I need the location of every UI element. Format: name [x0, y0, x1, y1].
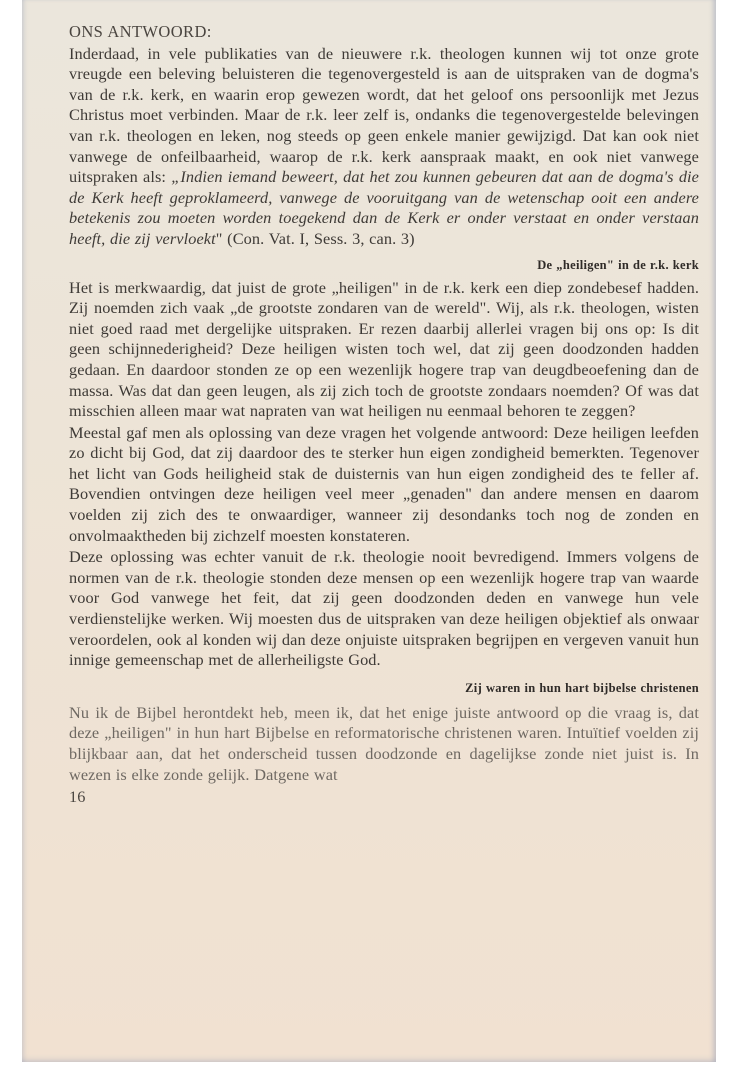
book-page: ONS ANTWOORD: Inderdaad, in vele publika…: [22, 0, 716, 1062]
page-text: ONS ANTWOORD: Inderdaad, in vele publika…: [69, 22, 699, 808]
paragraph-intro-text: Inderdaad, in vele publikaties van de ni…: [69, 44, 699, 187]
page-heading: ONS ANTWOORD:: [69, 22, 699, 43]
paragraph-saints-2: Meestal gaf men als oplossing van deze v…: [69, 423, 699, 547]
section-heading-saints: De „heiligen" in de r.k. kerk: [69, 256, 699, 274]
paragraph-intro: Inderdaad, in vele publikaties van de ni…: [69, 44, 699, 250]
section-heading-biblical-christians: Zij waren in hun hart bijbelse christene…: [69, 679, 699, 697]
page-number: 16: [69, 787, 699, 808]
council-citation: " (Con. Vat. I, Sess. 3, can. 3): [216, 229, 415, 248]
paragraph-biblical-1: Nu ik de Bijbel herontdekt heb, meen ik,…: [69, 703, 699, 785]
paragraph-saints-1: Het is merkwaardig, dat juist de grote „…: [69, 278, 699, 422]
paragraph-saints-3: Deze oplossing was echter vanuit de r.k.…: [69, 547, 699, 671]
